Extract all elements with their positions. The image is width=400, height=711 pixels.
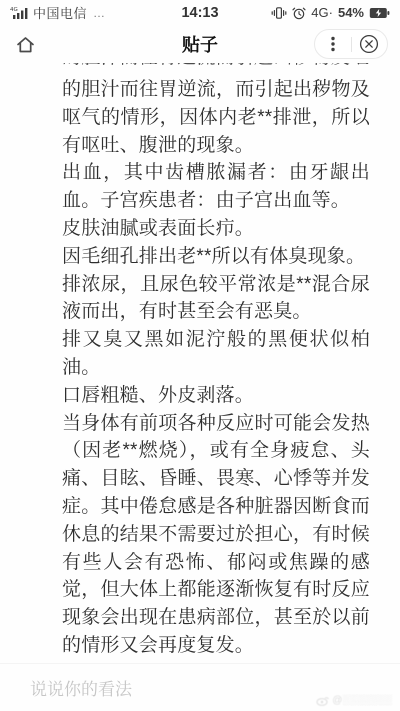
status-right: 4G· 54% xyxy=(271,5,390,20)
vibrate-icon xyxy=(271,6,287,20)
battery-percent-label: 54% xyxy=(338,5,364,20)
nav-action-pill xyxy=(314,29,388,59)
article-paragraph: 排又臭又黑如泥泞般的黑便状似柏油。 xyxy=(62,326,370,382)
comment-bar[interactable]: 说说你的看法 xyxy=(0,663,400,711)
article-paragraph: 出血，其中齿槽脓漏者：由牙龈出血。子宫疾患者：由子宫出血等。 xyxy=(62,159,370,215)
comment-input-placeholder[interactable]: 说说你的看法 xyxy=(30,675,132,700)
home-icon xyxy=(15,35,36,54)
article-paragraph: 口唇粗糙、外皮剥落。 xyxy=(62,382,370,410)
alarm-icon xyxy=(292,6,306,20)
nav-bar: 贴子 xyxy=(0,25,400,63)
clipped-top-text-line: 的胆汁而往胃逆流而引起出秽物及呕气 xyxy=(62,63,370,76)
article-body[interactable]: 的胆汁而往胃逆流而引起出秽物及呕气 的胆汁而往胃逆流，而引起出秽物及呕气的情形，… xyxy=(0,63,400,660)
close-button[interactable] xyxy=(353,30,385,58)
battery-charging-icon xyxy=(369,7,390,19)
close-circle-icon xyxy=(359,34,379,54)
article-paragraphs: 的胆汁而往胃逆流，而引起出秽物及呕气的情形，因体内老**排泄，所以有呕吐、腹泄的… xyxy=(62,76,370,660)
more-vertical-icon xyxy=(331,36,335,52)
article-paragraph: 的胆汁而往胃逆流，而引起出秽物及呕气的情形，因体内老**排泄，所以有呕吐、腹泄的… xyxy=(62,76,370,159)
network-type-label: 4G· xyxy=(311,5,333,20)
article-paragraph: 因毛细孔排出老**所以有体臭现象。 xyxy=(62,243,370,271)
app-screen: 4G 中国电信 … 14:13 xyxy=(0,0,400,711)
more-menu-button[interactable] xyxy=(317,30,349,58)
article-paragraph: 排浓尿，且尿色较平常浓是**混合尿液而出，有时甚至会有恶臭。 xyxy=(62,271,370,327)
article-paragraph: 当身体有前项各种反应时可能会发热（因老**燃烧），或有全身疲怠、头痛、目眩、昏睡… xyxy=(62,410,370,660)
status-bar: 4G 中国电信 … 14:13 xyxy=(0,0,400,25)
pill-divider xyxy=(351,37,352,52)
article-paragraph: 皮肤油腻或表面长疖。 xyxy=(62,215,370,243)
home-button[interactable] xyxy=(12,31,38,57)
